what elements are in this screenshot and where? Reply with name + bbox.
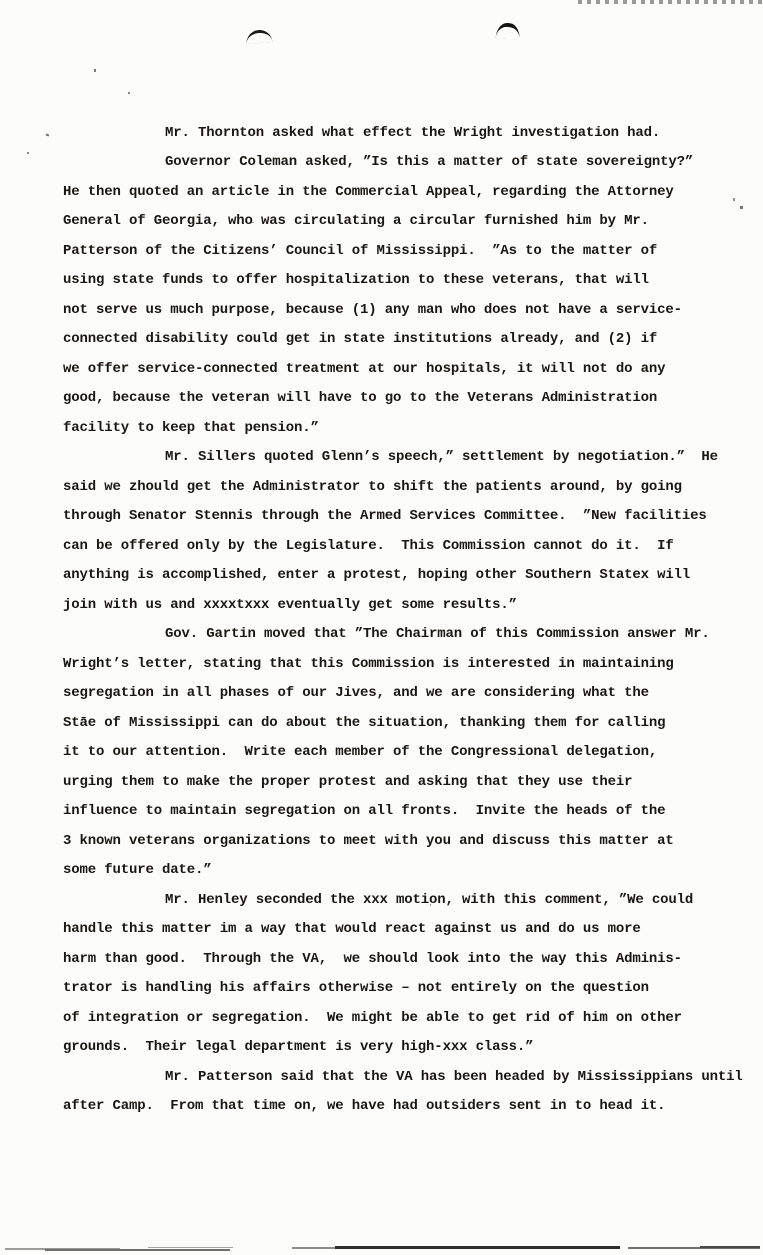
text-line: 3 known veterans organizations to meet w… <box>63 827 735 856</box>
typewritten-text-block: Mr. Thornton asked what effect the Wrigh… <box>63 119 735 1121</box>
scan-speck <box>740 206 743 209</box>
text-line: can be offered only by the Legislature. … <box>63 532 735 561</box>
text-line: Wright’s letter, stating that this Commi… <box>63 650 735 679</box>
text-line: Stāe of Mississippi can do about the sit… <box>63 709 735 738</box>
text-line: segregation in all phases of our Jives, … <box>63 679 735 708</box>
scan-speck <box>46 134 50 137</box>
text-line: facility to keep that pension.” <box>63 414 735 443</box>
text-line: we offer service-connected treatment at … <box>63 355 735 384</box>
text-line: good, because the veteran will have to g… <box>63 384 735 413</box>
text-line: He then quoted an article in the Commerc… <box>63 178 735 207</box>
scan-edge-bottom-line <box>335 1246 620 1249</box>
text-line: anything is accomplished, enter a protes… <box>63 561 735 590</box>
scan-edge-bottom-line <box>45 1249 230 1251</box>
scanned-document-page: Mr. Thornton asked what effect the Wrigh… <box>0 0 763 1255</box>
text-line: harm than good. Through the VA, we shoul… <box>63 945 735 974</box>
text-line: urging them to make the proper protest a… <box>63 768 735 797</box>
crease-arc-mark-right <box>496 22 521 39</box>
scan-edge-bottom-line <box>700 1246 760 1248</box>
text-line: General of Georgia, who was circulating … <box>63 207 735 236</box>
text-line: handle this matter im a way that would r… <box>63 915 735 944</box>
crease-arc-mark-left <box>245 29 272 44</box>
text-line: join with us and xxxxtxxx eventually get… <box>63 591 735 620</box>
scan-edge-bottom-line <box>148 1247 233 1248</box>
text-line: through Senator Stennis through the Arme… <box>63 502 735 531</box>
text-line: trator is handling his affairs otherwise… <box>63 974 735 1003</box>
scan-speck <box>128 92 130 94</box>
text-line: not serve us much purpose, because (1) a… <box>63 296 735 325</box>
text-line: it to our attention. Write each member o… <box>63 738 735 767</box>
text-line: of integration or segregation. We might … <box>63 1004 735 1033</box>
text-line: after Camp. From that time on, we have h… <box>63 1092 735 1121</box>
scan-edge-dotted-line <box>578 0 763 4</box>
scan-speck <box>27 152 29 154</box>
text-line: some future date.” <box>63 856 735 885</box>
text-line: Patterson of the Citizens’ Council of Mi… <box>63 237 735 266</box>
text-line: influence to maintain segregation on all… <box>63 797 735 826</box>
text-line: Mr. Thornton asked what effect the Wrigh… <box>63 119 735 148</box>
scan-speck <box>94 69 96 72</box>
text-line: said we zhould get the Administrator to … <box>63 473 735 502</box>
text-line: using state funds to offer hospitalizati… <box>63 266 735 295</box>
text-line: Mr. Henley seconded the xxx motion, with… <box>63 886 735 915</box>
text-line: Gov. Gartin moved that ”The Chairman of … <box>63 620 735 649</box>
text-line: Mr. Sillers quoted Glenn’s speech,” sett… <box>63 443 735 472</box>
text-line: Mr. Patterson said that the VA has been … <box>63 1063 735 1092</box>
text-line: grounds. Their legal department is very … <box>63 1033 735 1062</box>
text-line: Governor Coleman asked, ”Is this a matte… <box>63 148 735 177</box>
text-line: connected disability could get in state … <box>63 325 735 354</box>
